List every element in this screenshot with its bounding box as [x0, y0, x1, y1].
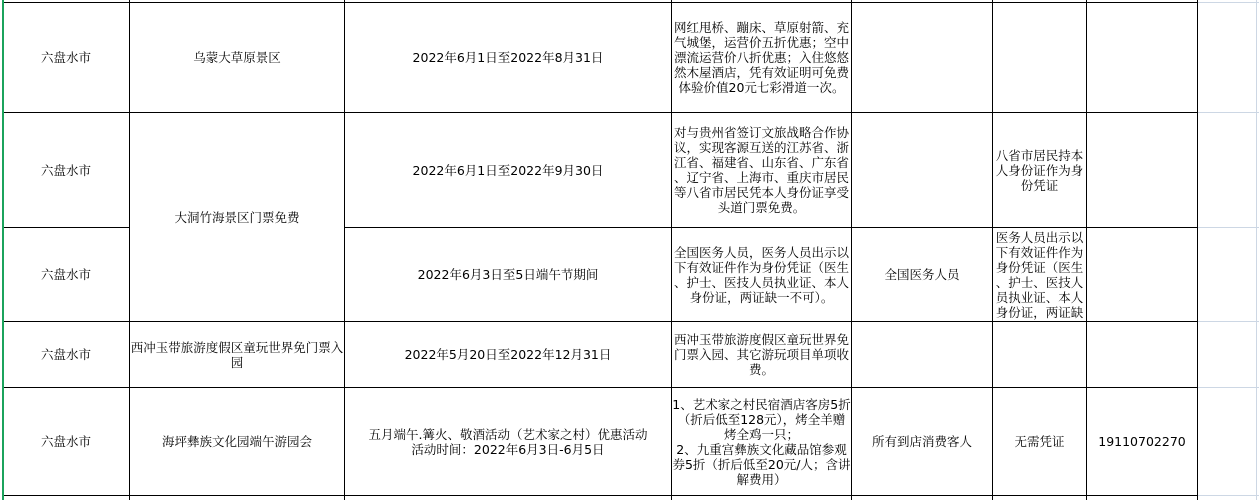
promotions-table: 六盘水市 乌蒙大草原景区 2022年6月1日至2022年8月31日 网红甩桥、蹦… [3, 0, 1198, 500]
grid-line [1198, 2, 1259, 3]
cell-r2-phone[interactable] [1087, 113, 1198, 228]
cell-r2-city[interactable]: 六盘水市 [3, 113, 130, 228]
cell-r5-city[interactable]: 六盘水市 [3, 388, 130, 496]
cell-r4-phone[interactable] [1087, 322, 1198, 388]
grid-line [1198, 387, 1259, 388]
cell-r1-details[interactable]: 网红甩桥、蹦床、草原射箭、充气城堡，运营价五折优惠；空中漂流运营价八折优惠；入住… [672, 3, 852, 113]
cell-r2-details[interactable]: 对与贵州省签订文旅战略合作协议，实现客源互送的江苏省、浙江省、福建省、山东省、广… [672, 113, 852, 228]
cell-r3-details[interactable]: 全国医务人员，医务人员出示以下有效证件作为身份凭证（医生、护士、医技人员执业证、… [672, 228, 852, 322]
cell-r5-credential[interactable]: 无需凭证 [993, 388, 1087, 496]
cell-r4-credential[interactable] [993, 322, 1087, 388]
grid-line [1198, 112, 1259, 113]
grid-line [1198, 227, 1259, 228]
cell-r2-date[interactable]: 2022年6月1日至2022年9月30日 [345, 113, 672, 228]
cell-r1-name[interactable]: 乌蒙大草原景区 [130, 3, 345, 113]
cell-r4-date[interactable]: 2022年5月20日至2022年12月31日 [345, 322, 672, 388]
cell-r1-phone[interactable] [1087, 3, 1198, 113]
cell-r3-date[interactable]: 2022年6月3日至5日端午节期间 [345, 228, 672, 322]
spreadsheet-view: 六盘水市 乌蒙大草原景区 2022年6月1日至2022年8月31日 网红甩桥、蹦… [0, 0, 1259, 500]
cell-r1-date[interactable]: 2022年6月1日至2022年8月31日 [345, 3, 672, 113]
cell-r3-phone[interactable] [1087, 228, 1198, 322]
cell-r4-name[interactable]: 西冲玉带旅游度假区童玩世界免门票入园 [130, 322, 345, 388]
cell-r3-city[interactable]: 六盘水市 [3, 228, 130, 322]
cell-r2-audience[interactable] [852, 113, 993, 228]
cell-r3-credential[interactable]: 医务人员出示以下有效证件作为身份凭证（医生、护士、医技人员执业证、本人身份证，两… [993, 228, 1087, 322]
grid-line [1256, 0, 1257, 500]
grid-line [1198, 495, 1259, 496]
cell-sliver [1087, 496, 1198, 500]
cell-sliver [3, 496, 130, 500]
cell-sliver [672, 496, 852, 500]
freeze-pane-line [2, 0, 4, 500]
cell-r5-date[interactable]: 五月端午.篝火、敬酒活动（艺术家之村）优惠活动 活动时间：2022年6月3日-6… [345, 388, 672, 496]
cell-sliver [130, 496, 345, 500]
cell-r4-city[interactable]: 六盘水市 [3, 322, 130, 388]
cell-sliver [345, 496, 672, 500]
cell-r5-name[interactable]: 海坪彝族文化园端午游园会 [130, 388, 345, 496]
cell-r4-audience[interactable] [852, 322, 993, 388]
cell-r2-name-merged[interactable]: 大洞竹海景区门票免费 [130, 113, 345, 322]
grid-line [1198, 321, 1259, 322]
cell-r1-city[interactable]: 六盘水市 [3, 3, 130, 113]
cell-r5-phone[interactable]: 19110702270 [1087, 388, 1198, 496]
cell-r1-audience[interactable] [852, 3, 993, 113]
cell-r3-audience[interactable]: 全国医务人员 [852, 228, 993, 322]
cell-r2-credential[interactable]: 八省市居民持本人身份证作为身份凭证 [993, 113, 1087, 228]
cell-r4-details[interactable]: 西冲玉带旅游度假区童玩世界免门票入园、其它游玩项目单项收费。 [672, 322, 852, 388]
cell-r5-details[interactable]: 1、艺术家之村民宿酒店客房5折（折后低至128元），烤全羊赠烤全鸡一只； 2、九… [672, 388, 852, 496]
cell-r1-credential[interactable] [993, 3, 1087, 113]
cell-sliver [852, 496, 993, 500]
cell-sliver [993, 496, 1087, 500]
cell-r5-audience[interactable]: 所有到店消费客人 [852, 388, 993, 496]
